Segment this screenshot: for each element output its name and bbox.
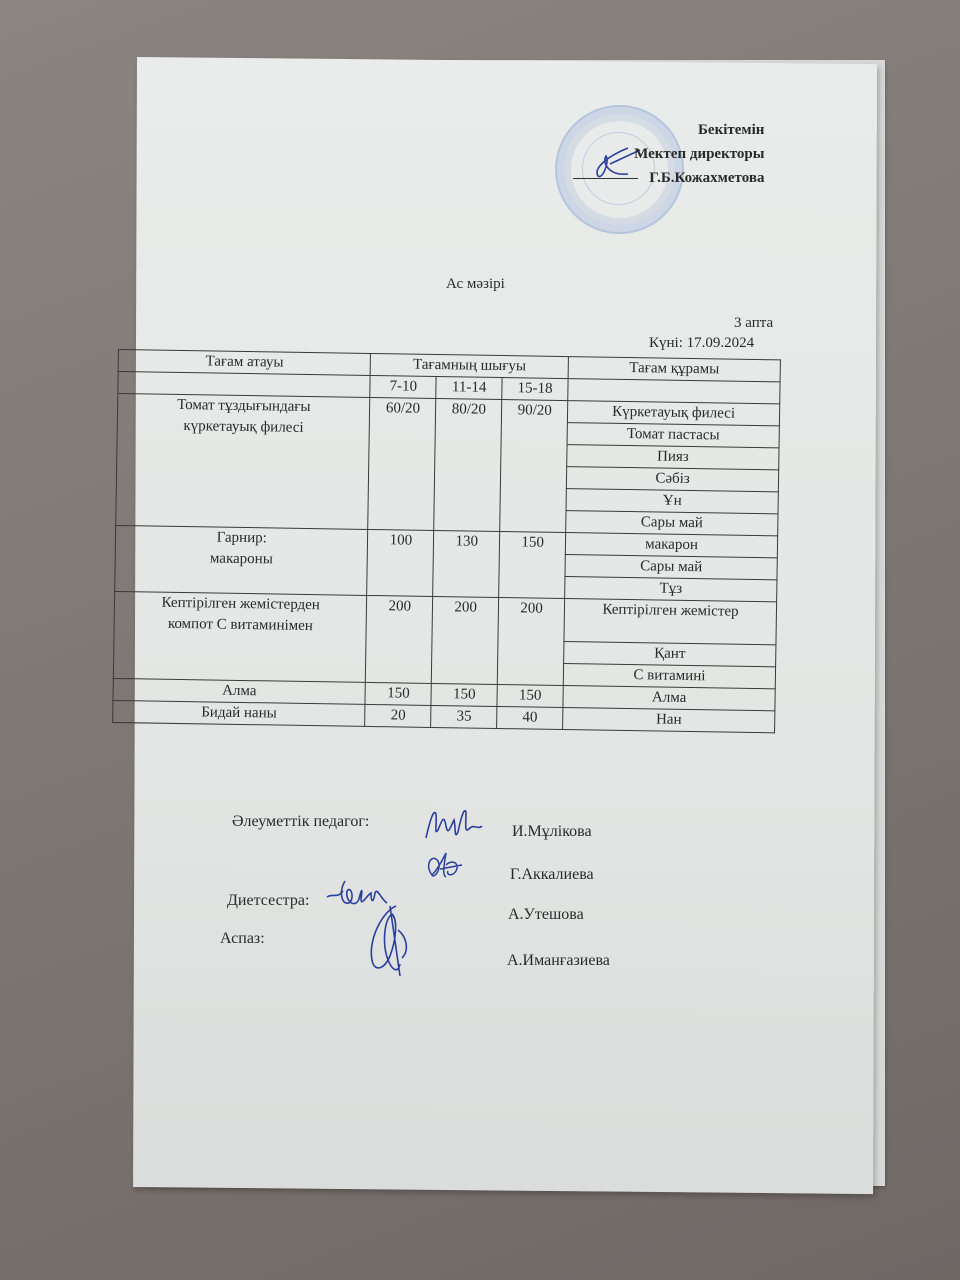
portion-cell: 150 [499,532,566,599]
approval-line-2: Мектеп директоры [626,142,764,166]
ingredient-cell: Нан [563,708,775,733]
portion-cell: 130 [433,530,500,597]
social-pedagog-signature [420,800,490,850]
portion-cell: 150 [497,685,563,708]
portion-cell: 90/20 [500,400,568,533]
dish-name-line: макароны [120,547,364,572]
portion-cell: 200 [366,595,433,683]
portion-cell: 60/20 [368,397,436,530]
dietsister-label: Диетсестра: [227,892,309,910]
portion-cell: 20 [365,704,431,727]
portion-cell: 150 [365,682,431,705]
social-pedagog-label: Әлеуметтік педагог: [232,813,369,831]
signatory-name-1: И.Мұлікова [512,823,592,841]
portion-cell: 200 [497,598,564,686]
ingredient-cell: Кептірілген жемістер [564,599,777,645]
approval-block: Бекітемін Мектеп директоры Г.Б.Кожахмето… [620,118,764,190]
portion-cell: 100 [367,529,434,596]
cook-signature [362,900,422,985]
age-group-header: 11-14 [436,377,502,400]
date-label: Күні: 17.09.2024 [649,335,754,352]
signatory-name-4: А.Иманғазиева [507,952,610,970]
dish-name-line: күркетауық филесі [122,415,366,440]
portion-cell: 35 [431,705,497,728]
dish-name-line: Бидай наны [117,701,361,726]
menu-table: Тағам атауыТағамның шығуыТағам құрамы7-1… [112,349,781,733]
dish-name-cell: Томат тұздығындағыкүркетауық филесі [116,394,370,530]
signatory-name-2: Г.Аккалиева [510,866,594,884]
cook-label: Аспаз: [220,930,265,948]
dish-name-line: компот С витаминімен [119,613,363,638]
dish-name-cell: Гарнир:макароны [115,525,368,595]
age-group-header: 7-10 [370,375,436,398]
portion-cell: 150 [431,683,497,706]
approval-line-1: Бекітемін [698,118,764,142]
portion-cell: 80/20 [434,399,502,532]
document-title: Ас мәзірі [446,276,505,293]
dish-name-cell: Бидай наны [113,700,366,726]
portion-cell: 40 [497,706,563,729]
signatory-name-3: А.Утешова [508,906,584,924]
photo-background: Бекітемін Мектеп директоры Г.Б.Кожахмето… [0,0,960,1280]
age-group-header: 15-18 [502,378,568,401]
approval-line-3: Г.Б.Кожахметова [640,166,764,190]
portion-cell: 200 [432,596,499,684]
header-portion: Тағамның шығуы [371,353,569,378]
dietsister-head-signature [422,845,467,890]
dish-name-cell: Кептірілген жемістерденкомпот С витамині… [113,591,367,682]
week-label: 3 апта [734,315,773,332]
